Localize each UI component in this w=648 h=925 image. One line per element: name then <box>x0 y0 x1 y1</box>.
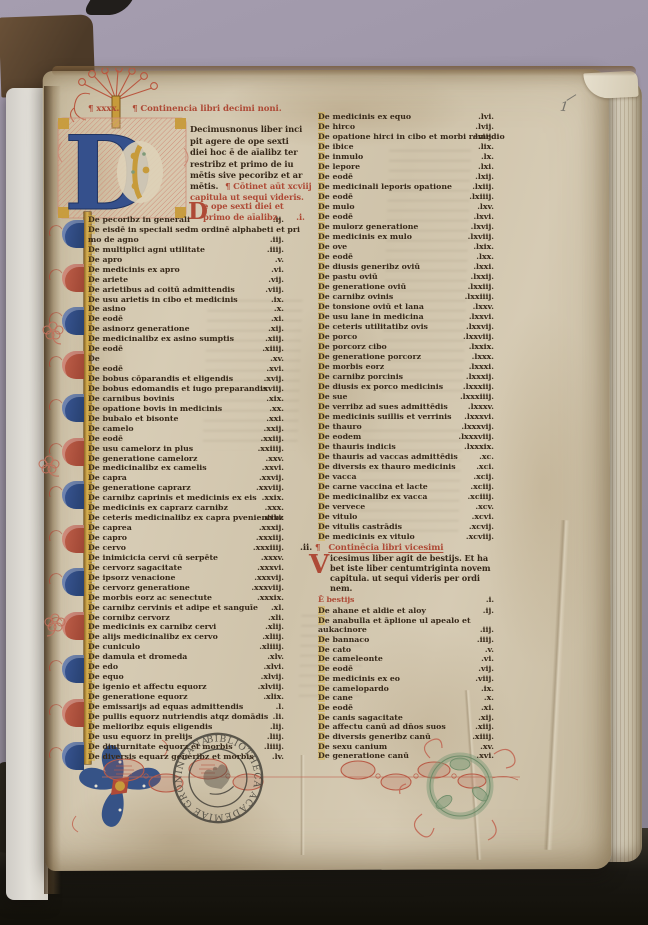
washed-initial: D <box>88 384 95 393</box>
entry-text: De pastu oviū <box>318 272 378 281</box>
chapter-number: .xciiij. <box>467 492 494 502</box>
toc-entry: De cameleonte.vi. <box>318 654 494 664</box>
toc-entry: De eodē.lxiiij. <box>318 192 494 202</box>
washed-initial: D <box>318 684 325 693</box>
scallop-red-icon <box>62 264 84 292</box>
washed-initial: D <box>88 603 95 612</box>
toc-entry: De diuturnitate equorz et morbis.liiij. <box>88 742 284 752</box>
chapter-number: .xij. <box>478 713 494 723</box>
entry-text: De medicinis ex eo <box>318 674 400 683</box>
chapter-number: .lxxv. <box>473 302 494 312</box>
washed-initial: D <box>88 364 95 373</box>
toc-entry: De diversis ex thauro medicinis.xci. <box>318 462 494 472</box>
toc-entry: De cato.v. <box>318 645 494 655</box>
chapter-number: .xli. <box>268 613 284 623</box>
rubric-number: xxxx. <box>96 104 119 114</box>
washed-initial: D <box>318 192 325 201</box>
rubric-title: Continencia libri decimi noni. <box>140 104 281 114</box>
chapter-number: .xxiiij. <box>258 444 284 454</box>
entry-text: De medicinis ex vitulo <box>318 532 415 541</box>
washed-initial: D <box>88 513 95 522</box>
entry-text: De <box>88 354 100 363</box>
entry-text: mo de agno <box>88 235 139 244</box>
scallop-blue-icon <box>62 481 84 509</box>
chapter-number: .lxx. <box>476 252 494 262</box>
entry-text: De arietibus ad coitū admittendis <box>88 285 235 294</box>
washed-initial: D <box>88 434 95 443</box>
toc-entry: De medicinali leporis opatione.lxiij. <box>318 182 494 192</box>
washed-initial: D <box>318 312 325 321</box>
washed-initial: D <box>88 424 95 433</box>
washed-initial: D <box>88 225 95 234</box>
washed-initial: D <box>88 622 95 631</box>
illuminated-initial-icon: D <box>56 112 190 224</box>
contains-note: ¶ Cōtinet aūt xcviij <box>225 181 311 191</box>
entry-text: De thauris indicis <box>318 442 396 451</box>
chapter-number: .iij. <box>480 625 494 635</box>
toc-entry: De carnibz ovinis.lxxiiij. <box>318 292 494 302</box>
toc-entry: De medicinalibz ex camelis.xxvi. <box>88 463 284 473</box>
left-column-list: De pecoribz in generali.ij.De eisdē in s… <box>88 215 284 762</box>
chapter-number: .lvi. <box>478 112 494 122</box>
folio-number: 1 <box>559 100 569 116</box>
toc-entry: De alijs medicinalibz ex cervo.xliij. <box>88 632 284 642</box>
washed-initial: D <box>318 132 325 141</box>
washed-initial: D <box>88 712 95 721</box>
washed-initial: D <box>318 422 325 431</box>
washed-initial: D <box>318 432 325 441</box>
entry-text: De tonsione oviū et lana <box>318 302 424 311</box>
intro-tail-word: mētis. <box>190 181 218 191</box>
washed-initial: D <box>88 652 95 661</box>
entry-text: De eodem <box>318 432 361 441</box>
chapter-number: .xxx. <box>265 503 284 513</box>
chapter-number: .lviij. <box>472 132 494 142</box>
toc-entry: De camelo.xxij. <box>88 424 284 434</box>
washed-initial: D <box>88 593 95 602</box>
border-scallops <box>62 220 86 772</box>
chapter-number: .iiij. <box>477 635 494 645</box>
chapter-number: .liiij. <box>264 742 284 752</box>
chapter-number: .lxxxiiij. <box>460 392 494 402</box>
entry-text: De porco <box>318 332 357 341</box>
entry-text: De ove <box>318 242 347 251</box>
entry-text: De diuturnitate equorz et morbis <box>88 742 233 751</box>
toc-entry: De inmulo.lx. <box>318 152 494 162</box>
entry-text: De carnibz porcinis <box>318 372 403 381</box>
chapter-number: .xcv. <box>475 502 494 512</box>
chapter-number: .x. <box>484 693 494 703</box>
entry-text: De verribz ad sues admittēdis <box>318 402 448 411</box>
toc-entry: De igenio et affectu equorz.xlviij. <box>88 682 284 692</box>
entry-text: De eodē <box>318 252 353 261</box>
washed-initial: D <box>88 503 95 512</box>
washed-initial: D <box>88 523 95 532</box>
chapter-number: .lxxxij. <box>466 372 494 382</box>
chapter-number: .lxxix. <box>469 342 494 352</box>
entry-text: De hirco <box>318 122 355 131</box>
chapter-number: .xxxiiij. <box>253 543 284 553</box>
entry-text: De eodē <box>88 344 123 353</box>
chapter-number: .lxxxviij. <box>458 432 494 442</box>
chapter-number: .xxvij. <box>259 473 284 483</box>
washed-initial: D <box>318 462 325 471</box>
toc-entry: De morbis eorz.lxxxi. <box>318 362 494 372</box>
entry-text: De morbis eorz <box>318 362 384 371</box>
chapter-number: .ij. <box>483 606 494 616</box>
chapter-number: .xvij. <box>264 374 284 384</box>
toc-entry: De bubalo et bisonte.xxi. <box>88 414 284 424</box>
entry-text: De generatione porcorz <box>318 352 421 361</box>
chapter-number: .lxiij. <box>472 182 494 192</box>
entry-text: De ariete <box>88 275 128 284</box>
chapter-number: .xxv. <box>266 454 284 464</box>
entry-text: De sexu canium <box>318 742 387 751</box>
toc-entry: De opatione bovis in medicinis.xx. <box>88 404 284 414</box>
washed-initial: D <box>318 232 325 241</box>
entry-text: De usu camelorz in plus <box>88 444 193 453</box>
toc-entry: De medicinalibz ex vacca.xciiij. <box>318 492 494 502</box>
chapter-number: .xiij. <box>475 722 494 732</box>
washed-initial: D <box>318 182 325 191</box>
entry-text: De capro <box>88 533 127 542</box>
washed-initial: D <box>318 502 325 511</box>
toc-entry: De thauris indicis.lxxxix. <box>318 442 494 452</box>
toc-entry: De ipsorz venacione.xxxvij. <box>88 573 284 583</box>
text-line: restribz et primo de iu <box>190 159 302 171</box>
intro-paragraph: Decimusnonus liber incipit agere de ope … <box>190 124 302 182</box>
washed-initial: D <box>88 245 95 254</box>
toc-entry: De generatione canū.xvi. <box>318 751 494 761</box>
toc-entry: De medicinis ex vitulo.xcviij. <box>318 532 494 542</box>
washed-initial: D <box>318 722 325 731</box>
entry-text: De eodē <box>88 314 123 323</box>
washed-initial: D <box>318 402 325 411</box>
text-line: bet iste liber centumtriginta novem <box>330 563 490 573</box>
chapter-number: .lxxxi. <box>469 362 494 372</box>
washed-initial: D <box>318 751 325 760</box>
entry-text: De asinorz generatione <box>88 324 190 333</box>
chapter-number: .lxvij. <box>471 222 494 232</box>
chapter-number: .i. <box>486 595 494 605</box>
chapter-number: .xlviij. <box>258 682 284 692</box>
entry-text: De cervorz generatione <box>88 583 190 592</box>
section-title: Continēcia libri vicesimi <box>328 543 443 553</box>
toc-entry: De medicinis suillis et verrinis.lxxxvi. <box>318 412 494 422</box>
entry-text: De thauro <box>318 422 362 431</box>
washed-initial: D <box>88 692 95 701</box>
washed-initial: D <box>318 212 325 221</box>
entry-text: De bubalo et bisonte <box>88 414 178 423</box>
washed-initial: D <box>88 314 95 323</box>
chapter-number: .lxv. <box>477 202 494 212</box>
chapter-number: .lx. <box>481 152 494 162</box>
chapter-number: .lxxij. <box>471 272 494 282</box>
entry-text: De medicinis suillis et verrinis <box>318 412 451 421</box>
toc-entry: De carnibz cervinis et adipe et sanguīe.… <box>88 603 284 613</box>
chapter-number: .xxxix. <box>257 593 284 603</box>
chapter-number: .ix. <box>481 684 494 694</box>
scallop-blue-icon <box>62 220 84 248</box>
washed-initial: D <box>88 483 95 492</box>
entry-text: De generatione equorz <box>88 692 188 701</box>
washed-initial: D <box>318 262 325 271</box>
chapter-number: .xcvij. <box>469 522 494 532</box>
entry-text: De cato <box>318 645 351 654</box>
toc-entry: De generatione equorz.xlix. <box>88 692 284 702</box>
toc-entry: De camelopardo.ix. <box>318 684 494 694</box>
chapter-number: .lv. <box>272 752 284 762</box>
toc-entry: De thauro.lxxxvij. <box>318 422 494 432</box>
toc-entry: De capra.xxvij. <box>88 473 284 483</box>
entry-text: De medicinis ex mulo <box>318 232 412 241</box>
chapter-number: .lxxviij. <box>463 332 494 342</box>
entry-text: De carnibz caprinis et medicinis ex eis <box>88 493 257 502</box>
entry-text: De medicinis ex equo <box>318 112 411 121</box>
chapter-number: .xxxv. <box>261 553 284 563</box>
margin-flower-icon <box>34 450 64 480</box>
washed-initial: D <box>318 252 325 261</box>
entry-text: Ē bestijs <box>318 595 354 604</box>
washed-initial: D <box>318 392 325 401</box>
toc-entry: De verribz ad sues admittēdis.lxxxv. <box>318 402 494 412</box>
chapter-number: .xci. <box>476 462 494 472</box>
toc-entry: De mulorz generatione.lxvij. <box>318 222 494 232</box>
entry-text: De eodē <box>318 664 353 673</box>
entry-text: De diversis equarz generibz et morbis <box>88 752 254 761</box>
washed-initial: D <box>318 616 325 625</box>
chapter-number: .xc. <box>479 452 494 462</box>
toc-entry: De vacca.xcij. <box>318 472 494 482</box>
toc-entry: De usu lane in medicina.lxxvi. <box>318 312 494 322</box>
chapter-number: .xv. <box>270 354 284 364</box>
chapter-number: .xviij. <box>261 384 284 394</box>
toc-entry: De lepore.lxi. <box>318 162 494 172</box>
chapter-number: .lix. <box>478 142 494 152</box>
entry-text: De cuniculo <box>88 642 140 651</box>
toc-entry: mo de agno.iij. <box>88 235 284 245</box>
toc-entry: De thauris ad vaccas admittēdis.xc. <box>318 452 494 462</box>
manuscript-photo: D <box>0 0 648 925</box>
entry-text: De canis sagacitate <box>318 713 403 722</box>
washed-initial: D <box>318 302 325 311</box>
washed-initial: D <box>318 645 325 654</box>
toc-entry: De medicinis ex caprarz carnibz.xxx. <box>88 503 284 513</box>
chapter-number: .xvi. <box>266 364 284 374</box>
washed-initial: D <box>88 573 95 582</box>
chapter-number: .ij. <box>273 215 284 225</box>
washed-initial: D <box>88 543 95 552</box>
toc-entry: De vitulo.xcvi. <box>318 512 494 522</box>
red-initial-icon: V <box>309 553 329 577</box>
washed-initial: D <box>88 285 95 294</box>
entry-text: De medicinis ex carnibz cervi <box>88 622 216 631</box>
chapter-number: .lxxvi. <box>469 312 494 322</box>
entry-text: De vitulis castrādis <box>318 522 402 531</box>
chapter-number: .xcviij. <box>466 532 494 542</box>
toc-entry: De anabulla et āplione ul apealo et <box>318 616 494 626</box>
entry-text: De generatione oviū <box>318 282 406 291</box>
entry-text: De generatione canū <box>318 751 409 760</box>
washed-initial: D <box>88 374 95 383</box>
toc-entry: De sexu canium.xv. <box>318 742 494 752</box>
chapter-number: .xcvi. <box>472 512 494 522</box>
toc-entry: De medicinis ex apro.vi. <box>88 265 284 275</box>
washed-initial: D <box>318 452 325 461</box>
washed-initial: D <box>318 292 325 301</box>
washed-initial: D <box>318 172 325 181</box>
washed-initial: D <box>88 404 95 413</box>
toc-entry: De generatione oviū.lxxiij. <box>318 282 494 292</box>
washed-initial: D <box>318 703 325 712</box>
entry-text: De generatione caprarz <box>88 483 191 492</box>
toc-entry: De tonsione oviū et lana.lxxv. <box>318 302 494 312</box>
opening-line-1: e ope sexti diei et <box>203 201 308 212</box>
entry-text: aukacinore <box>318 625 367 634</box>
toc-entry: De pecoribz in generali.ij. <box>88 215 284 225</box>
toc-entry: aukacinore.iij. <box>318 625 494 635</box>
toc-entry: De inimicicia cervi cū serpēte.xxxv. <box>88 553 284 563</box>
entry-text: De mulorz generatione <box>318 222 418 231</box>
toc-entry: De arietibus ad coitū admittendis.viij. <box>88 285 284 295</box>
entry-text: De igenio et affectu equorz <box>88 682 207 691</box>
entry-text: De alijs medicinalibz ex cervo <box>88 632 218 641</box>
toc-entry: De cervorz generatione.xxxviij. <box>88 583 284 593</box>
chapter-number: .lxxxvi. <box>464 412 494 422</box>
right-column-list-book20: De ahane et aldie et aloy.ij.De anabulla… <box>318 606 494 761</box>
toc-entry: De diusis ex porco medicinis.lxxxiij. <box>318 382 494 392</box>
toc-entry: De caprea.xxxij. <box>88 523 284 533</box>
chapter-number: .xx. <box>269 404 284 414</box>
scallop-red-icon <box>62 351 84 379</box>
chapter-number: .x. <box>274 304 284 314</box>
text-line: mētis sive pecoribz et ar <box>190 170 302 182</box>
chapter-number: .xxvi. <box>262 463 284 473</box>
chapter-number: .xxiij. <box>261 434 284 444</box>
washed-initial: D <box>318 532 325 541</box>
entry-text: De affectu canū ad dn̄os suos <box>318 722 446 731</box>
toc-entry: De cervo.xxxiiij. <box>88 543 284 553</box>
washed-initial: D <box>318 352 325 361</box>
entry-text: De carnibz ovinis <box>318 292 393 301</box>
text-line: capitula. ut sequi videris per ordi <box>330 573 490 583</box>
washed-initial: D <box>318 472 325 481</box>
washed-initial: D <box>88 295 95 304</box>
chapter-number: .xix. <box>266 394 284 404</box>
chapter-number: .lxvi. <box>473 212 494 222</box>
chapter-number: .xxxi. <box>262 513 284 523</box>
toc-entry: De bobus cōparandis et eligendis.xvij. <box>88 374 284 384</box>
entry-text: De usu equorz in prelijs <box>88 732 192 741</box>
entry-text: De vitulo <box>318 512 357 521</box>
chapter-number: .xlvi. <box>263 662 284 672</box>
entry-text: De usu arietis in cibo et medicinis <box>88 295 238 304</box>
entry-text: De ipsorz venacione <box>88 573 175 582</box>
toc-entry: De eodē.vij. <box>318 664 494 674</box>
toc-entry: De eodē.lxvi. <box>318 212 494 222</box>
entry-text: De apro <box>88 255 122 264</box>
toc-entry: De ibice.lix. <box>318 142 494 152</box>
chapter-number: .v. <box>275 255 284 265</box>
toc-entry: De eisdē in speciali sedm ordinē alphabe… <box>88 225 284 235</box>
toc-entry: De medicinis ex equo.lvi. <box>318 112 494 122</box>
toc-entry: De eodē.xiiij. <box>88 344 284 354</box>
entry-text: De camelo <box>88 424 134 433</box>
chapter-number: .lxxxix. <box>464 442 494 452</box>
entry-text: De melioribz equis eligendis <box>88 722 212 731</box>
chapter-number: .xlvij. <box>261 672 284 682</box>
chapter-number: .xlv. <box>267 652 284 662</box>
chapter-number: .xlix. <box>263 692 284 702</box>
chapter-number: .xiiij. <box>472 732 494 742</box>
toc-entry: De capro.xxxiij. <box>88 533 284 543</box>
washed-initial: D <box>318 282 325 291</box>
entry-text: De ahane et aldie et aloy <box>318 606 426 615</box>
chapter-number: .xv. <box>480 742 494 752</box>
washed-initial: D <box>318 112 325 121</box>
washed-initial: D <box>88 473 95 482</box>
chapter-number: .xiij. <box>265 334 284 344</box>
chapter-number: .lxi. <box>478 162 494 172</box>
toc-entry: De ceteris utilitatibz ovis.lxxvij. <box>318 322 494 332</box>
chapter-number: .lxij. <box>475 172 494 182</box>
toc-entry: De ariete.vij. <box>88 275 284 285</box>
entry-text: De damula et dromeda <box>88 652 187 661</box>
chapter-number: .lvij. <box>475 122 494 132</box>
chapter-number: .xij. <box>268 324 284 334</box>
entry-text: De eodē <box>88 364 123 373</box>
toc-entry: De mulo.lxv. <box>318 202 494 212</box>
toc-entry: De cane.x. <box>318 693 494 703</box>
washed-initial: D <box>318 674 325 683</box>
paraph-icon: ¶ <box>132 104 137 114</box>
chapter-number: .liij. <box>267 732 284 742</box>
chapter-number: .xliiij. <box>259 642 284 652</box>
entry-text: De medicinalibz ex camelis <box>88 463 207 472</box>
washed-initial: D <box>88 215 95 224</box>
paraph-icon: ¶ <box>88 104 93 114</box>
washed-initial: D <box>318 742 325 751</box>
scallop-red-icon <box>62 438 84 466</box>
chapter-number: .xxviij. <box>256 483 284 493</box>
entry-text: De eodē <box>318 212 353 221</box>
toc-entry: De usu equorz in prelijs.liij. <box>88 732 284 742</box>
washed-initial: D <box>318 713 325 722</box>
washed-initial: D <box>88 563 95 572</box>
washed-initial: D <box>318 492 325 501</box>
chapter-number: .xiiij. <box>262 344 284 354</box>
chapter-number: .lxxi. <box>473 262 494 272</box>
toc-entry: De apro.v. <box>88 255 284 265</box>
washed-initial: D <box>88 682 95 691</box>
washed-initial: D <box>88 742 95 751</box>
washed-initial: D <box>318 522 325 531</box>
entry-text: De lepore <box>318 162 360 171</box>
chapter-number: .xciij. <box>470 482 494 492</box>
entry-text: De vervece <box>318 502 365 511</box>
washed-initial: D <box>318 272 325 281</box>
washed-initial: D <box>318 635 325 644</box>
text-line: diei hoc ē de aīalibz ter <box>190 147 302 159</box>
entry-text: De cervo <box>88 543 126 552</box>
entry-text: De emissarijs ad equas admittendis <box>88 702 243 711</box>
chapter-number: .l. <box>276 702 284 712</box>
rubric-line: ¶ xxxx. ¶ Continencia libri decimi noni. <box>88 104 282 114</box>
washed-initial: D <box>88 265 95 274</box>
intro-tail-line: mētis. ¶ Cōtinet aūt xcviij <box>190 181 312 191</box>
washed-initial: D <box>318 342 325 351</box>
toc-entry: De multiplici agni utilitate.iiij. <box>88 245 284 255</box>
